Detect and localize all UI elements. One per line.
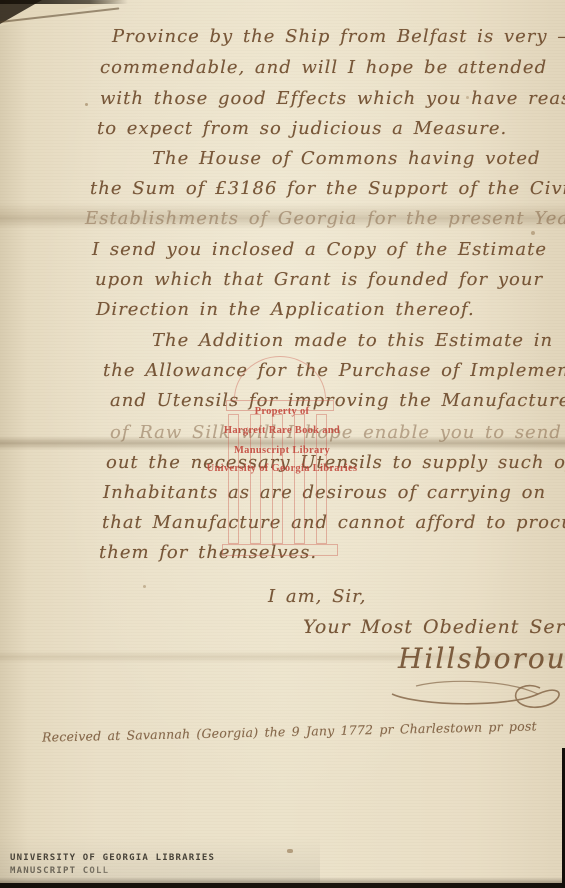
library-stamp-line2: MANUSCRIPT COLL: [10, 865, 215, 878]
library-ownership-stamp: UNIVERSITY OF GEORGIA LIBRARIES MANUSCRI…: [10, 852, 215, 878]
signature-flourish: [388, 672, 565, 714]
letter-line: I send you inclosed a Copy of the Estima…: [92, 239, 547, 260]
letter-line: Direction in the Application thereof.: [96, 299, 475, 320]
letter-line: to expect from so judicious a Measure.: [97, 118, 507, 139]
letter-line: the Sum of £3186 for the Support of the …: [90, 178, 565, 199]
library-stamp-line1: UNIVERSITY OF GEORGIA LIBRARIES: [10, 852, 215, 865]
stain-speck: [466, 96, 469, 99]
hargrett-stamp-text: University of Georgia Libraries: [207, 463, 358, 474]
letter-salutation: I am, Sir,: [268, 586, 367, 607]
letter-line: upon which that Grant is founded for you…: [95, 269, 543, 290]
stain-speck: [85, 103, 88, 106]
signature-hillsborough: Hillsborough: [398, 642, 565, 675]
bottom-scan-edge: [0, 883, 565, 888]
letter-line: with those good Effects which you have r…: [100, 88, 565, 109]
hargrett-stamp-text: Property of: [255, 406, 310, 417]
stamp-arch-outline: [234, 356, 326, 399]
letter-line: Province by the Ship from Belfast is ver…: [112, 26, 565, 47]
hargrett-stamp-text: Hargrett Rare Book and: [224, 425, 340, 436]
letter-line: commendable, and will I hope be attended: [100, 57, 547, 78]
letter-line: The Addition made to this Estimate in: [152, 330, 553, 351]
top-edge-shadow: [0, 0, 128, 4]
letter-valediction: Your Most Obedient Servan: [303, 616, 565, 638]
letter-line: The House of Commons having voted: [152, 148, 541, 169]
scanned-letter-page: Province by the Ship from Belfast is ver…: [0, 0, 565, 888]
stain-speck: [143, 585, 146, 588]
stain-speck: [531, 231, 535, 235]
letter-line-faded: Establishments of Georgia for the presen…: [85, 208, 565, 229]
stamp-base-outline: [222, 544, 338, 556]
hargrett-stamp-text: Manuscript Library: [234, 445, 330, 456]
hargrett-stamp-building-icon: [222, 356, 340, 556]
